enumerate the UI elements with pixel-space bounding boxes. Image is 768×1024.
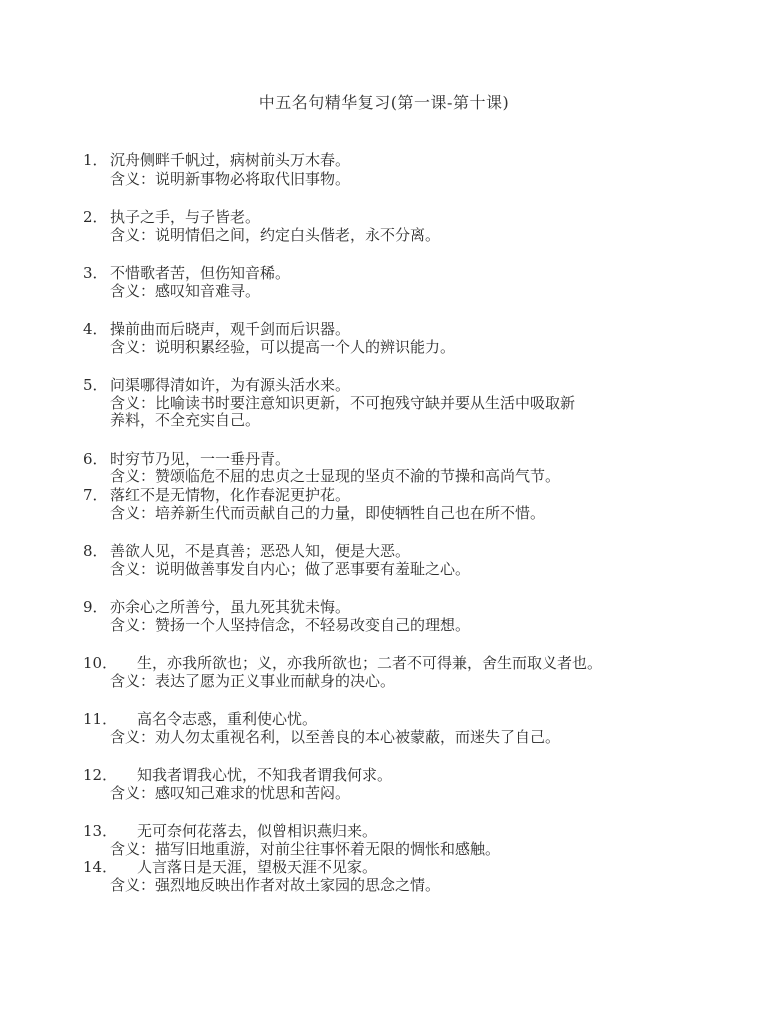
item-meaning: 含义：培养新生代而贡献自己的力量，即使牺牲自己也在所不惜。: [110, 505, 545, 522]
item-quote: 人言落日是天涯，望极天涯不见家。: [137, 859, 377, 876]
item-meaning: 含义：描写旧地重游，对前尘往事怀着无限的惆怅和感触。: [110, 841, 500, 858]
meaning-text: 说明积累经验，可以提高一个人的辨识能力。: [155, 338, 455, 356]
item-meaning: 含义：说明做善事发自内心；做了恶事要有羞耻之心。: [110, 561, 470, 578]
meaning-text: 说明做善事发自内心；做了恶事要有羞耻之心。: [155, 560, 470, 578]
item-quote: 善欲人见，不是真善；恶恐人知，便是大恶。: [110, 543, 410, 560]
meaning-label: 含义：: [110, 840, 155, 858]
meaning-label: 含义：: [110, 338, 155, 356]
item-quote: 亦余心之所善兮，虽九死其犹未悔。: [110, 599, 350, 616]
item-number: 5．: [83, 377, 108, 394]
meaning-label: 含义：: [110, 784, 155, 802]
item-number: 13．: [83, 823, 117, 840]
item-quote: 沉舟侧畔千帆过，病树前头万木春。: [110, 152, 350, 169]
item-meaning-continued: 养料，不全充实自己。: [110, 412, 260, 429]
meaning-label: 含义：: [110, 876, 155, 894]
item-quote: 时穷节乃见，一一垂丹青。: [110, 451, 290, 468]
meaning-label: 含义：: [110, 467, 155, 485]
meaning-text: 表达了愿为正义事业而献身的决心。: [155, 672, 395, 690]
item-quote: 生，亦我所欲也；义，亦我所欲也；二者不可得兼，舍生而取义者也。: [137, 655, 602, 672]
item-meaning: 含义：感叹知音难寻。: [110, 283, 260, 300]
item-number: 2．: [83, 209, 108, 226]
meaning-label: 含义：: [110, 170, 155, 188]
item-meaning: 含义：表达了愿为正义事业而献身的决心。: [110, 673, 395, 690]
item-number: 10．: [83, 655, 117, 672]
item-meaning: 含义：说明情侣之间，约定白头偕老，永不分离。: [110, 227, 440, 244]
meaning-text: 说明情侣之间，约定白头偕老，永不分离。: [155, 226, 440, 244]
item-number: 4．: [83, 321, 108, 338]
page-title: 中五名句精华复习(第一课-第十课): [0, 93, 768, 113]
item-number: 9．: [83, 599, 108, 616]
item-number: 6．: [83, 451, 108, 468]
item-meaning: 含义：比喻读书时要注意知识更新，不可抱残守缺并要从生活中吸取新: [110, 395, 575, 412]
item-meaning: 含义：强烈地反映出作者对故土家园的思念之情。: [110, 877, 440, 894]
item-meaning: 含义：劝人勿太重视名利，以至善良的本心被蒙蔽，而迷失了自己。: [110, 729, 560, 746]
item-quote: 执子之手，与子皆老。: [110, 209, 260, 226]
item-number: 14．: [83, 859, 117, 876]
item-number: 12．: [83, 767, 117, 784]
item-meaning: 含义：说明积累经验，可以提高一个人的辨识能力。: [110, 339, 455, 356]
meaning-text: 描写旧地重游，对前尘往事怀着无限的惆怅和感触。: [155, 840, 500, 858]
item-quote: 知我者谓我心忧，不知我者谓我何求。: [137, 767, 392, 784]
meaning-text: 感叹知己难求的忧思和苦闷。: [155, 784, 350, 802]
item-quote: 操前曲而后晓声，观千剑而后识器。: [110, 321, 350, 338]
item-quote: 高名令志惑，重利使心忧。: [137, 711, 317, 728]
item-number: 7．: [83, 487, 108, 504]
item-number: 1．: [83, 152, 108, 169]
meaning-text: 比喻读书时要注意知识更新，不可抱残守缺并要从生活中吸取新: [155, 394, 575, 412]
item-number: 11．: [83, 711, 117, 728]
meaning-label: 含义：: [110, 226, 155, 244]
item-number: 8．: [83, 543, 108, 560]
meaning-label: 含义：: [110, 282, 155, 300]
item-quote: 问渠哪得清如许，为有源头活水来。: [110, 377, 350, 394]
meaning-label: 含义：: [110, 504, 155, 522]
item-meaning: 含义：赞扬一个人坚持信念，不轻易改变自己的理想。: [110, 617, 470, 634]
item-meaning: 含义：感叹知己难求的忧思和苦闷。: [110, 785, 350, 802]
meaning-text: 赞扬一个人坚持信念，不轻易改变自己的理想。: [155, 616, 470, 634]
item-number: 3．: [83, 265, 108, 282]
meaning-text: 说明新事物必将取代旧事物。: [155, 170, 350, 188]
meaning-text: 劝人勿太重视名利，以至善良的本心被蒙蔽，而迷失了自己。: [155, 728, 560, 746]
meaning-text: 感叹知音难寻。: [155, 282, 260, 300]
meaning-label: 含义：: [110, 672, 155, 690]
meaning-label: 含义：: [110, 394, 155, 412]
item-quote: 无可奈何花落去，似曾相识燕归来。: [137, 823, 377, 840]
meaning-label: 含义：: [110, 560, 155, 578]
meaning-text: 赞颂临危不屈的忠贞之士显现的坚贞不渝的节操和高尚气节。: [155, 467, 560, 485]
meaning-label: 含义：: [110, 728, 155, 746]
item-meaning: 含义：说明新事物必将取代旧事物。: [110, 171, 350, 188]
item-meaning: 含义：赞颂临危不屈的忠贞之士显现的坚贞不渝的节操和高尚气节。: [110, 468, 560, 485]
item-quote: 落红不是无情物，化作春泥更护花。: [110, 487, 350, 504]
item-quote: 不惜歌者苦，但伤知音稀。: [110, 265, 290, 282]
meaning-text: 培养新生代而贡献自己的力量，即使牺牲自己也在所不惜。: [155, 504, 545, 522]
meaning-label: 含义：: [110, 616, 155, 634]
meaning-text: 强烈地反映出作者对故土家园的思念之情。: [155, 876, 440, 894]
